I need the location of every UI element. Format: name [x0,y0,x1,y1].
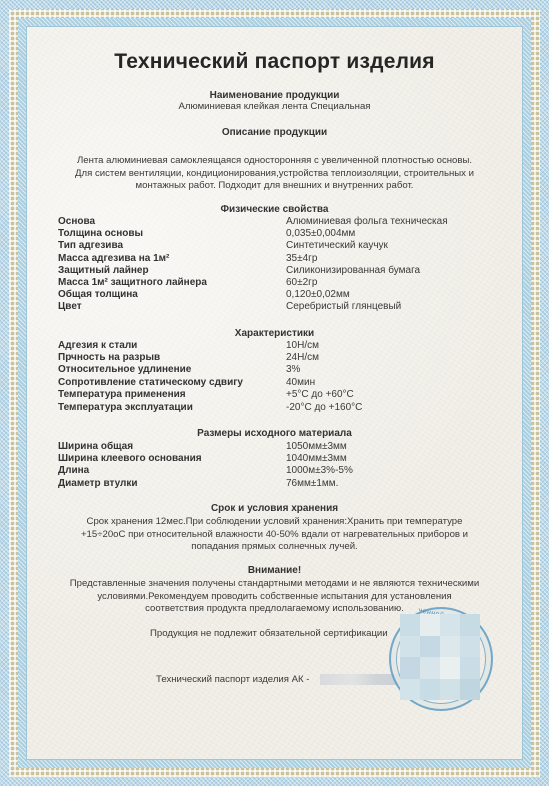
description-line: Лента алюминиевая самоклеящаяся одностор… [26,155,523,168]
property-label: Масса адгезива на 1м² [58,253,169,264]
attention-line: Представленные значения получены стандар… [26,578,523,591]
property-value: Серебристый глянцевый [286,301,401,312]
table-row: Температура применения +5°С до +60°С [58,389,458,403]
product-name-heading: Наименование продукции [26,90,523,101]
property-value: 60±2гр [286,277,317,288]
storage-line: попадания прямых солнечных лучей. [26,541,523,554]
property-label: Адгезия к стали [58,340,137,351]
redacted-passport-number [320,674,402,685]
property-label: Цвет [58,301,82,312]
property-value: -20°С до +160°С [286,402,362,413]
property-value: 10Н/см [286,340,319,351]
property-value: 1040мм±3мм [286,453,347,464]
table-row: Диаметр втулки76мм±1мм. [58,478,458,490]
certification-note: Продукция не подлежит обязательной серти… [150,628,388,641]
table-row: ЦветСеребристый глянцевый [58,301,458,313]
attention-line: условиями.Рекомендуем проводить собствен… [26,591,523,604]
property-value: 3% [286,364,300,375]
table-row: Ширина общая1050мм±3мм [58,441,458,453]
property-label: Основа [58,216,95,227]
property-value: 1000м±3%-5% [286,465,353,476]
physical-heading: Физические свойства [26,204,523,215]
storage-line: +15÷20оС при относительной влажности 40-… [26,529,523,542]
property-value: 0,120±0,02мм [286,289,350,300]
table-row: Температура эксплуатации -20°С до +160°С [58,402,458,414]
property-label: Прчность на разрыв [58,352,160,363]
dimensions-table: Ширина общая1050мм±3мм Ширина клеевого о… [58,441,458,490]
description-line: Для систем вентиляции, кондиционирования… [26,168,523,181]
dimensions-heading: Размеры исходного материала [26,428,523,439]
characteristics-table: Адгезия к стали10Н/см Прчность на разрыв… [58,340,458,414]
property-label: Масса 1м² защитного лайнера [58,277,207,288]
property-label: Температура эксплуатации [58,402,193,413]
table-row: Ширина клеевого основания1040мм±3мм [58,453,458,465]
property-value: 1050мм±3мм [286,441,347,452]
property-value: 35±4гр [286,253,317,264]
property-value: Алюминиевая фольга техническая [286,216,448,227]
physical-properties-table: ОсноваАлюминиевая фольга техническая Тол… [58,216,458,314]
property-label: Тип адгезива [58,240,123,251]
footer-passport-label: Технический паспорт изделия АК - [156,674,309,687]
property-value: Синтетический каучук [286,240,388,251]
table-row: Толщина основы0,035±0,004мм [58,228,458,240]
description-line: монтажных работ. Подходит для внешних и … [26,180,523,193]
product-name: Алюминиевая клейкая лента Специальная [26,101,523,114]
table-row: Длина1000м±3%-5% [58,465,458,477]
table-row: ОсноваАлюминиевая фольга техническая [58,216,458,228]
table-row: Масса адгезива на 1м² 35±4гр [58,253,458,265]
storage-text: Срок хранения 12мес.При соблюдении услов… [26,516,523,554]
property-value: 24Н/см [286,352,319,363]
table-row: Защитный лайнерСиликонизированная бумага [58,265,458,277]
property-label: Относительное удлинение [58,364,191,375]
table-row: Общая толщина0,120±0,02мм [58,289,458,301]
property-label: Ширина клеевого основания [58,453,202,464]
redacted-stamp-center [400,614,480,700]
table-row: Относительное удлинение3% [58,364,458,376]
property-value: +5°С до +60°С [286,389,354,400]
table-row: Адгезия к стали10Н/см [58,340,458,352]
storage-heading: Срок и условия хранения [26,503,523,514]
property-value: 40мин [286,377,315,388]
property-label: Защитный лайнер [58,265,149,276]
property-value: 76мм±1мм. [286,478,338,489]
property-label: Сопротивление статическому сдвигу [58,377,243,388]
property-label: Ширина общая [58,441,133,452]
table-row: Прчность на разрыв24Н/см [58,352,458,364]
property-label: Толщина основы [58,228,143,239]
description-text: Лента алюминиевая самоклеящаяся одностор… [26,155,523,193]
table-row: Сопротивление статическому сдвигу40мин [58,377,458,389]
property-label: Общая толщина [58,289,138,300]
property-value: Силиконизированная бумага [286,265,420,276]
table-row: Тип адгезиваСинтетический каучук [58,240,458,252]
property-value: 0,035±0,004мм [286,228,355,239]
property-label: Длина [58,465,89,476]
table-row: Масса 1м² защитного лайнера60±2гр [58,277,458,289]
property-label: Диаметр втулки [58,478,138,489]
description-heading: Описание продукции [26,127,523,138]
property-label: Температура применения [58,389,186,400]
storage-line: Срок хранения 12мес.При соблюдении услов… [26,516,523,529]
document-title: Технический паспорт изделия [26,50,523,74]
characteristics-heading: Характеристики [26,328,523,339]
attention-heading: Внимание! [26,565,523,576]
